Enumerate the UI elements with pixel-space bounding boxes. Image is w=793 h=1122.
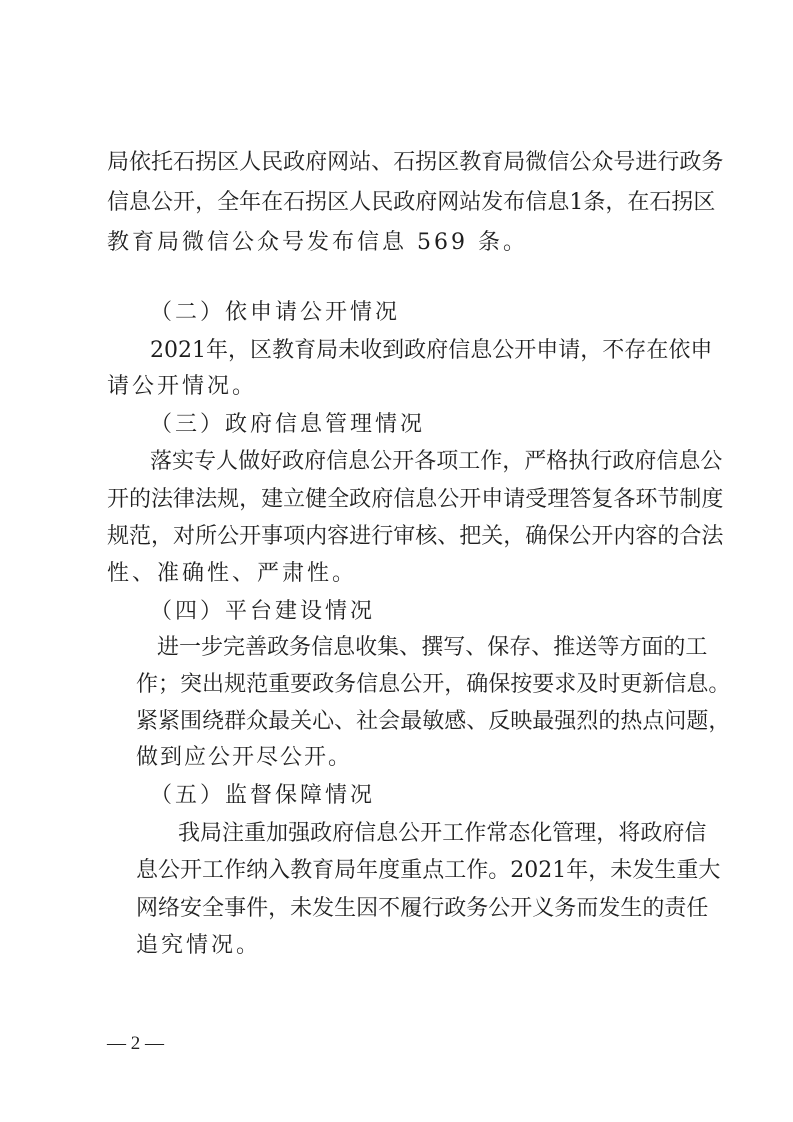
paragraph-line: 性、准确性、严肃性。 [107,559,357,589]
paragraph-line: 请公开情况。 [107,372,257,402]
paragraph-line: 追究情况。 [136,931,261,961]
paragraph-line: 紧紧围绕群众最关心、社会最敏感、反映最强烈的热点问题， [136,707,692,737]
paragraph-line: 信息公开，全年在石拐区人民政府网站发布信息1条，在石拐区 [107,188,692,218]
paragraph-line: 我局注重加强政府信息公开工作常态化管理，将政府信 [178,819,692,849]
paragraph-line: 做到应公开尽公开。 [136,743,352,773]
paragraph-line: 规范，对所公开事项内容进行审核、把关，确保公开内容的合法 [107,522,692,552]
section-heading-information-management: （三）政府信息管理情况 [150,410,425,440]
paragraph-line: 2021年，区教育局未收到政府信息公开申请，不存在依申 [150,336,692,366]
paragraph-line: 开的法律法规，建立健全政府信息公开申请受理答复各环节制度 [107,485,692,515]
section-heading-platform-construction: （四）平台建设情况 [150,597,375,627]
paragraph-line: 网络安全事件，未发生因不履行政务公开义务而发生的责任 [136,894,692,924]
section-heading-application-disclosure: （二）依申请公开情况 [150,298,400,328]
paragraph-line: 教育局微信公众号发布信息 569 条。 [107,228,528,258]
paragraph-line: 息公开工作纳入教育局年度重点工作。2021年，未发生重大 [136,856,692,886]
page-number: — 2 — [107,1030,164,1058]
paragraph-line: 进一步完善政务信息收集、撰写、保存、推送等方面的工 [157,633,692,663]
paragraph-line: 局依托石拐区人民政府网站、石拐区教育局微信公众号进行政务 [107,148,692,178]
paragraph-line: 作；突出规范重要政务信息公开，确保按要求及时更新信息。 [136,670,692,700]
document-page: 局依托石拐区人民政府网站、石拐区教育局微信公众号进行政务 信息公开，全年在石拐区… [0,0,793,1122]
section-heading-supervision-guarantee: （五）监督保障情况 [150,781,375,811]
paragraph-line: 落实专人做好政府信息公开各项工作，严格执行政府信息公 [150,447,692,477]
